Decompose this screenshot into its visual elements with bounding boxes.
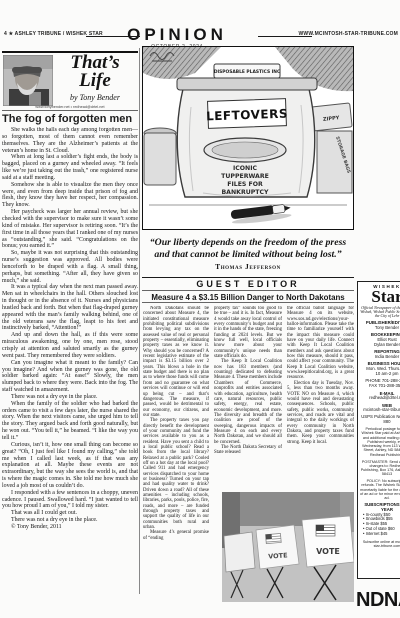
editorial-kicker-rule [142,290,354,291]
storage-bags-box: ZIPPY STORAGE BAGS [310,103,352,193]
fax-number: FAX 701-288-3532 [360,384,400,389]
article-paragraph: It was a typical day when the next man p… [2,284,138,332]
column-logo: That’s Life [52,54,138,90]
article-paragraph: When the family of the soldier who had b… [2,401,138,442]
quote-line-1: “Our liberty depends on the freedom of t… [142,237,354,249]
header-rule-right [258,36,312,37]
masthead-tagline: Official Newspaper of the City of Wishek… [360,306,400,319]
article-paragraph: Somehow she is able to visualize the men… [2,182,138,209]
quote-line-2: and that cannot be limited without being… [142,249,354,261]
column-vertical-rule [139,48,140,594]
editorial-paragraph: property tax” sounds too good to be true… [214,306,282,359]
vote-sign-right: VOTE [316,547,340,556]
bookkeeping-name: Dylan Bender [360,343,400,348]
article-paragraph: So, maybe it was not surprising that thi… [2,250,138,284]
leftovers-label: LEFTOVERS [206,99,289,129]
ndna-logo-graphic: NDNA [355,580,400,616]
article-paragraph: Curious, isn’t it, how one small thing c… [2,442,138,490]
caption-line-4: BANKRUPTCY [221,189,269,196]
column-byline: by Tony Bender [52,93,138,102]
article-paragraph: When at long last a soldier’s fight ends… [2,154,138,181]
columnist-photo [3,55,53,106]
editorial-paragraph: North Dakotans should be concerned about… [143,306,209,418]
voting-booths-photo: VOTE VOTE [222,492,354,602]
postmaster-notice: POSTMASTER: Send address changes to: Red… [360,460,400,477]
caption-line-3: FILES FOR [227,181,263,188]
page-folio-right: WWW.MCINTOSH-STAR-TRIBUNE.COM [299,31,399,37]
masthead-box: WISHEK Star Official Newspaper of the Ci… [357,281,400,579]
marker-pen [230,203,291,225]
email-address: redhead@drtel.net [360,396,400,401]
column-divider-rule [2,110,138,111]
article-paragraph: © Tony Bender, 2011 [2,524,138,531]
article-paragraph: She walks the halls each day among forgo… [2,127,138,154]
editorial-headline-rule [142,302,354,303]
press-freedom-quote: “Our liberty depends on the freedom of t… [142,237,354,271]
editorial-column-3: the official ballot language for Measure… [287,306,354,488]
editorial-paragraph: Measure 4’s general promise of “ending [143,530,209,541]
subscription-rate: • Internet $45 [360,532,400,537]
ndna-acronym: NDNA [356,589,400,611]
article-paragraph: That was all I could get out. [2,510,138,517]
editorial-column-2: property tax” sounds too good to be true… [214,306,282,488]
guest-editorial-kicker: GUEST EDITOR [142,279,354,289]
ndna-logo: NDNA [355,580,400,616]
editorial-paragraph: The property taxes you pay directly bene… [143,418,209,530]
company-label: DISPOSABLE PLASTICS INC [214,69,280,75]
tupperware-bowl-inner [212,142,278,158]
article-paragraph: I responded with a few sentences in a ch… [2,490,138,511]
article-headline: The fog of forgotten men [2,113,138,125]
masthead-name: Star [360,289,400,304]
subscribe-online-note: Subscribe online at mcintosh-star-tribun… [360,540,400,549]
article-paragraph: There was not a dry eye in the place. [2,394,138,401]
editorial-top-rule [142,277,354,278]
reporting-name: India Bender [360,355,400,360]
columnist-portrait-illustration [3,55,53,106]
editorial-cartoon: ZIPPY STORAGE BAGS DISPOSABLE PLASTICS I… [142,46,354,230]
header-rule-left [86,36,140,37]
editorial-paragraph: the official ballot language for Measure… [287,306,354,381]
background-container [144,133,176,185]
postage-notice: Periodical postage for The Wishek Star p… [360,427,400,457]
editorial-column-1: North Dakotans should be concerned about… [143,306,209,596]
editorial-paragraph: Election day is Tuesday, Nov. 5, less th… [287,381,354,445]
background-hatch-left [143,47,221,79]
editorial-headline: Measure 4 a $3.15 Billion Danger to Nort… [142,293,354,302]
caption-line-1: ICONIC [233,165,258,172]
column-logo-line2: Life [52,72,138,90]
article-paragraph: Her paycheck was larger her annual revie… [2,209,138,250]
editorial-paragraph: The North Dakota Secretary of State rele… [214,445,282,456]
usps-number: USPS Publication No. 288-880 [360,415,400,425]
container-lid [177,78,317,90]
article-body: She walks the halls each day among forgo… [2,127,138,594]
vote-sign-middle: VOTE [268,551,288,560]
article-paragraph: There was not a dry eye in the place. [2,517,138,524]
voting-booths-illustration: VOTE VOTE [222,492,354,602]
editorial-paragraph: The Keep It Local Coalition now has 183 … [214,359,282,445]
cartoon-illustration: ZIPPY STORAGE BAGS DISPOSABLE PLASTICS I… [143,47,353,229]
web-address: mcintosh-star-tribune.net [360,408,400,413]
columnist-contact-line: www.tonybender.net • redhead@drtel.net [2,105,138,109]
hours-time: 10 am-2 pm [360,372,400,377]
policy-notice: POLICY: No subscription refunds. The Wis… [360,479,400,500]
article-paragraph: Can you imagine what it meant to the fam… [2,360,138,394]
leftovers-text: LEFTOVERS [206,107,288,124]
article-paragraph: And up and down the hall, as if this wer… [2,332,138,359]
caption-line-2: TUPPERWARE [221,173,269,180]
publisher-name: Tony Bender [360,326,400,331]
quote-attribution: Thomas Jefferson [142,262,354,271]
